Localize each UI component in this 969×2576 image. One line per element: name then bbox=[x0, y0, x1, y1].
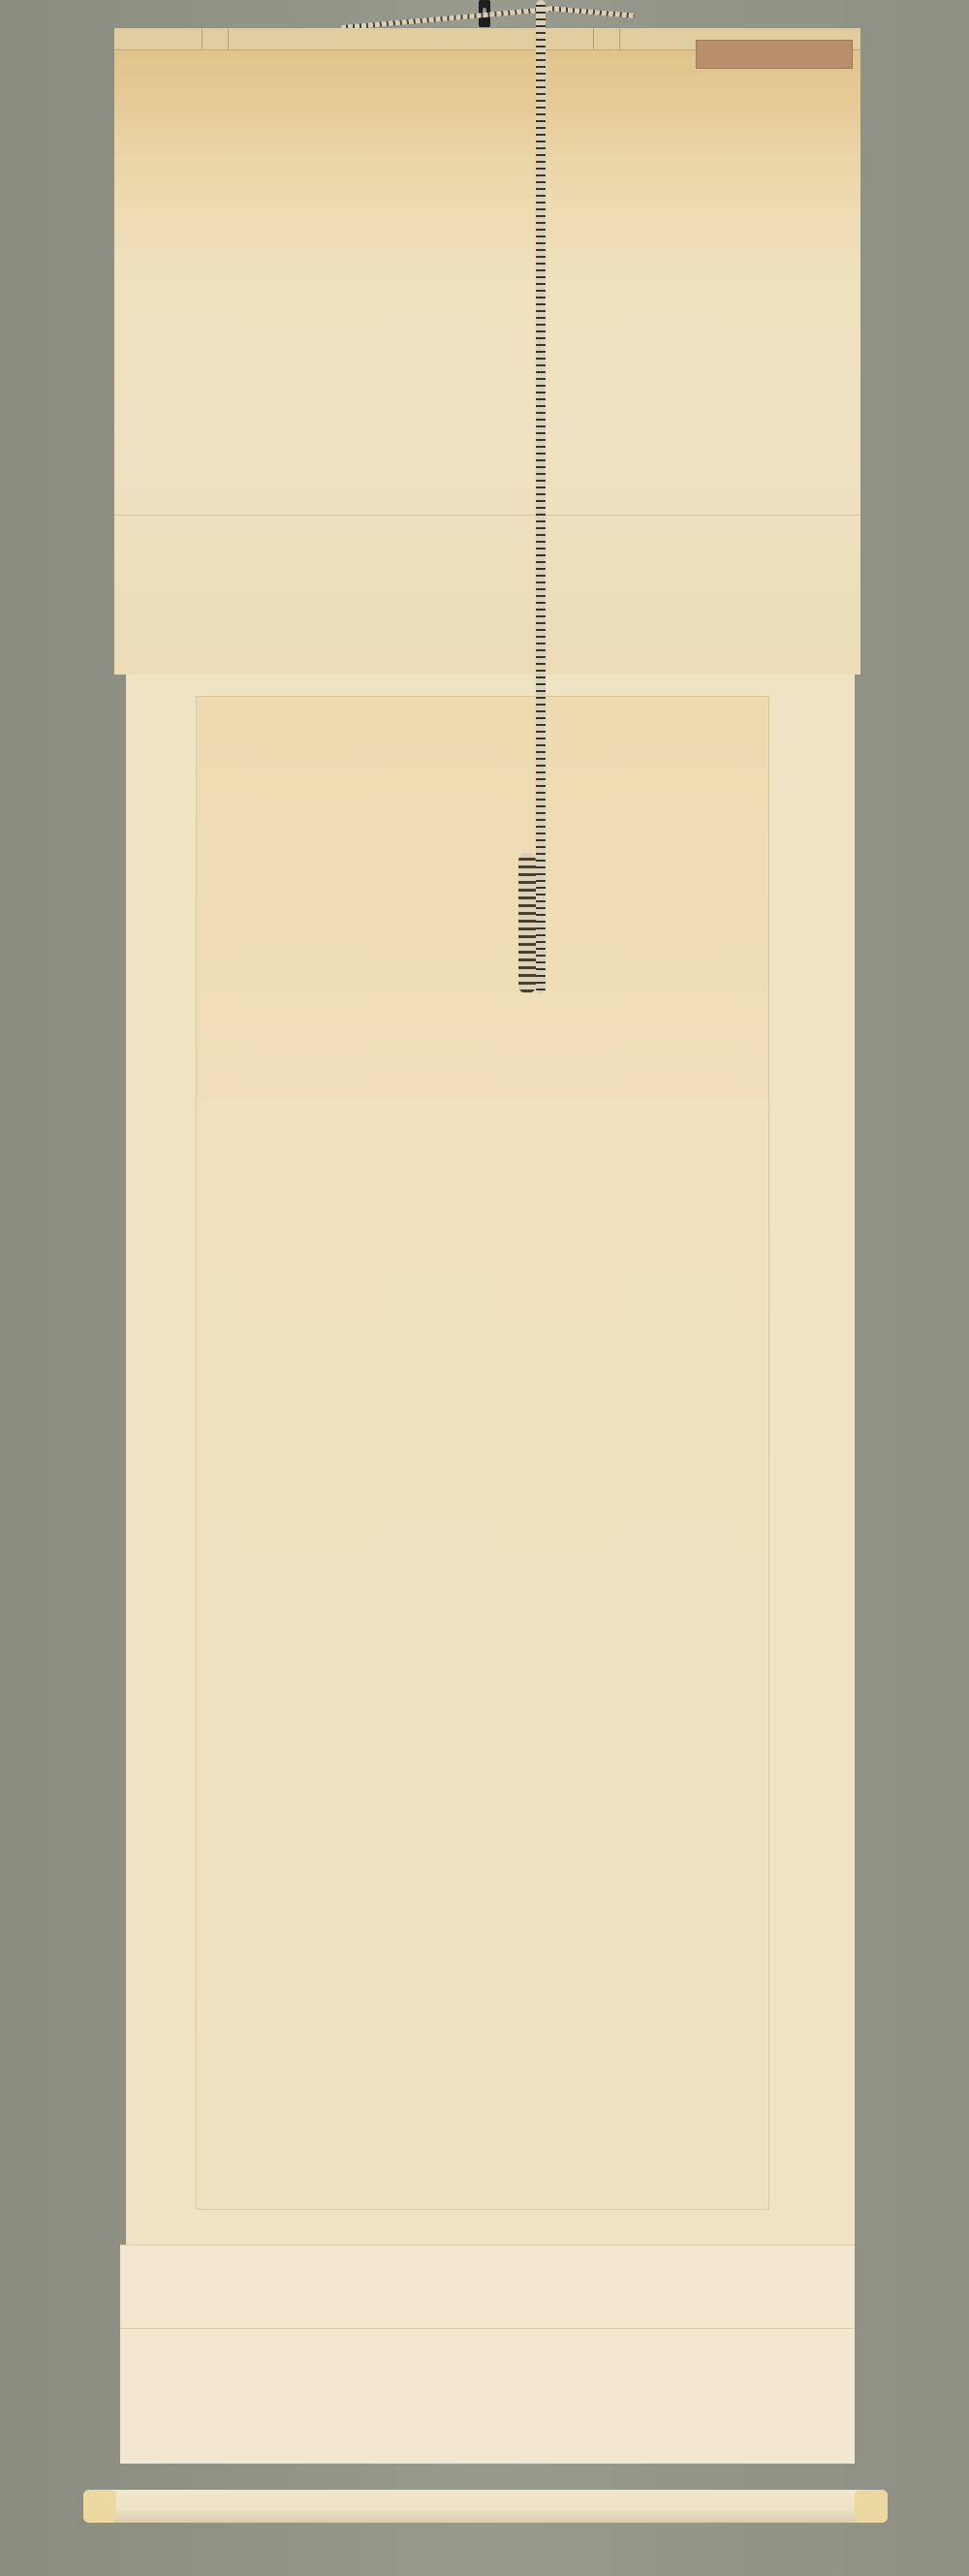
artwork-area-back bbox=[196, 696, 769, 2210]
lower-mount bbox=[120, 2245, 855, 2464]
hanging-cord-right bbox=[547, 6, 635, 18]
fold-line bbox=[120, 2328, 855, 2329]
upper-mount bbox=[114, 49, 860, 675]
tie-cord-tip bbox=[518, 853, 536, 993]
rod-tab bbox=[593, 28, 620, 49]
roller-end-left bbox=[83, 2490, 116, 2523]
rod-tab bbox=[202, 28, 229, 49]
main-panel bbox=[126, 675, 855, 2245]
label-strip bbox=[696, 40, 853, 69]
fold-line bbox=[114, 515, 860, 516]
hanging-cord-left bbox=[341, 7, 554, 30]
roller-end-right bbox=[855, 2490, 888, 2523]
bottom-roller bbox=[83, 2490, 888, 2523]
tie-cord bbox=[536, 0, 546, 993]
hanging-scroll bbox=[114, 28, 860, 2509]
